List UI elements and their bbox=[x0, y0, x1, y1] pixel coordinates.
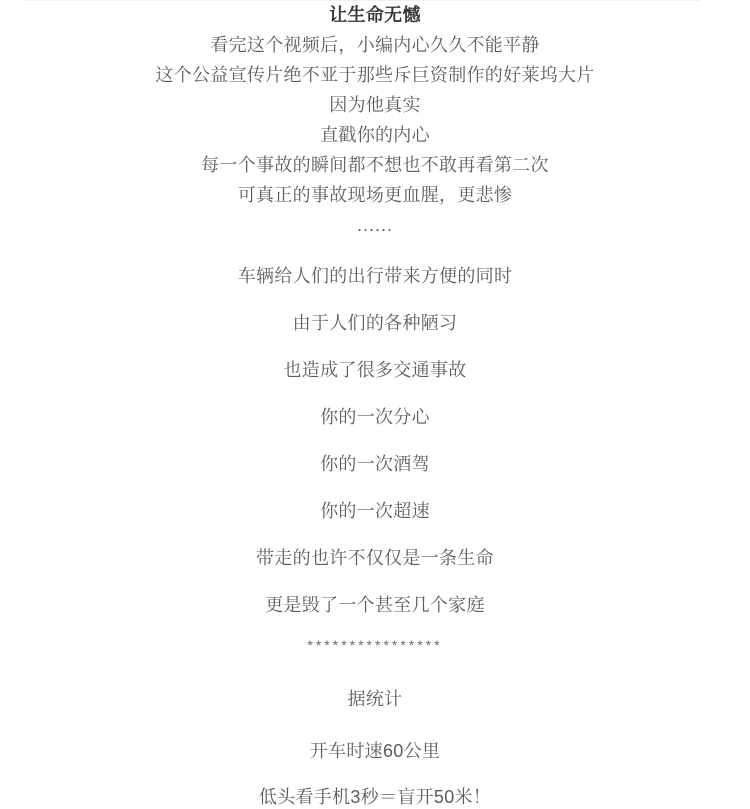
article-line: 据统计 bbox=[0, 684, 750, 714]
article-line: 低头看手机3秒＝盲开50米！ bbox=[0, 782, 750, 809]
article-line: 看完这个视频后，小编内心久久不能平静 bbox=[0, 30, 750, 60]
article-line: 由于人们的各种陋习 bbox=[0, 308, 750, 338]
article-title: 让生命无憾 bbox=[0, 0, 750, 30]
article-line: 开车时速60公里 bbox=[0, 736, 750, 766]
top-divider bbox=[22, 0, 700, 1]
article-body: 让生命无憾 看完这个视频后，小编内心久久不能平静 这个公益宣传片绝不亚于那些斥巨… bbox=[0, 0, 750, 809]
article-line: 直戳你的内心 bbox=[0, 120, 750, 150]
article-line: 你的一次超速 bbox=[0, 496, 750, 526]
article-line: 带走的也许不仅仅是一条生命 bbox=[0, 543, 750, 573]
article-line: 更是毁了一个甚至几个家庭 bbox=[0, 590, 750, 620]
article-line: 这个公益宣传片绝不亚于那些斥巨资制作的好莱坞大片 bbox=[0, 60, 750, 90]
article-line: 可真正的事故现场更血腥，更悲惨 bbox=[0, 180, 750, 210]
article-line: 你的一次酒驾 bbox=[0, 449, 750, 479]
ellipsis-line: ...... bbox=[0, 210, 750, 240]
article-line: 每一个事故的瞬间都不想也不敢再看第二次 bbox=[0, 150, 750, 180]
asterisk-divider: **************** bbox=[0, 630, 750, 660]
article-line: 因为他真实 bbox=[0, 90, 750, 120]
article-line: 也造成了很多交通事故 bbox=[0, 355, 750, 385]
article-line: 车辆给人们的出行带来方便的同时 bbox=[0, 261, 750, 291]
article-line: 你的一次分心 bbox=[0, 402, 750, 432]
